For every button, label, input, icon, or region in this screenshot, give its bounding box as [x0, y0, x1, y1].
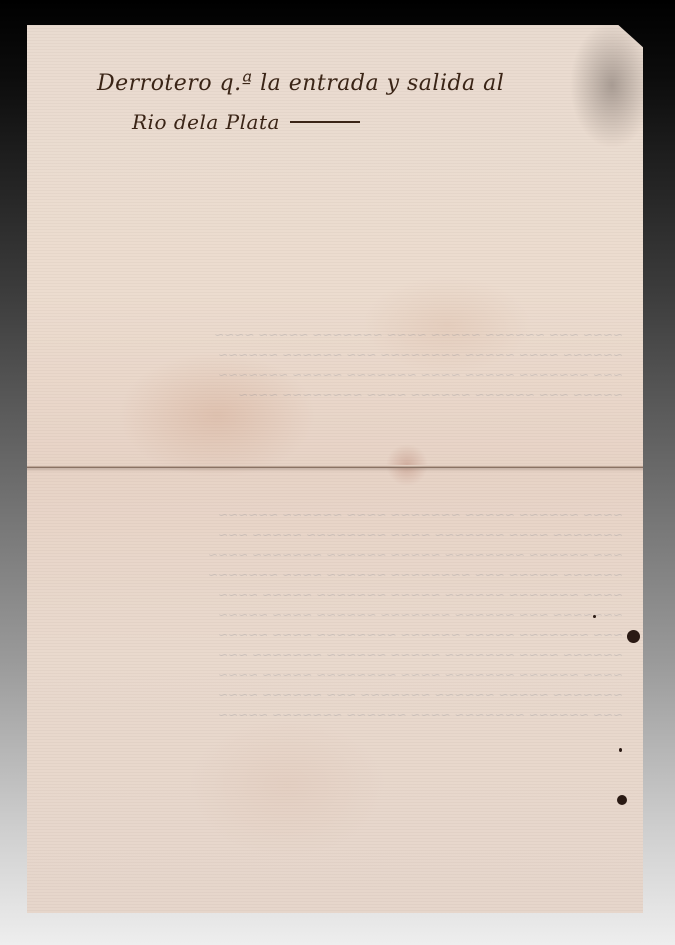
heading-line-2: Rio dela Plata	[97, 103, 597, 141]
bleed-line: ~~~~~~~ ~~~~ ~~~~~~~ ~~~~ ~~~~~~~~ ~~~~~…	[47, 525, 623, 545]
bleed-line: ~~~ ~~~~~~~ ~~~~~ ~~~~~~ ~~~~~~~~ ~~~~ ~…	[47, 625, 623, 645]
bleed-line: ~~~~ ~~~~~~ ~~~~~ ~~~~~~~ ~~~~ ~~~~~~ ~~…	[47, 505, 623, 525]
ink-spot	[593, 615, 596, 618]
paper-fold-shadow	[27, 468, 643, 472]
ink-spot	[619, 748, 622, 752]
ink-spot	[617, 795, 627, 805]
manuscript-page: Derrotero q.ª la entrada y salida al Rio…	[27, 25, 643, 913]
ink-spot	[627, 630, 640, 643]
flourish-stroke	[290, 121, 360, 123]
bleed-line: ~~~ ~~~~~~~ ~~~~~ ~~~~ ~~~~~~~ ~~~~~ ~~~…	[47, 365, 623, 385]
bleed-line: ~~~ ~~~~~~ ~~~~~~~~ ~~~~~ ~~~~~~ ~~~~~~~…	[47, 545, 623, 565]
heading-line-1: Derrotero q.ª la entrada y salida al	[97, 65, 597, 103]
heading-line-2-text: Rio dela Plata	[132, 110, 280, 134]
bleed-line: ~~~~~~ ~~~~~ ~~~ ~~~~~~~~ ~~~~~~ ~~~~ ~~…	[47, 565, 623, 585]
bleed-line: ~~~~~ ~~~ ~~~~~~ ~~~~~~ ~~~~ ~~~~~~~~ ~~…	[47, 385, 623, 405]
bleed-line: ~~~~ ~~~~~~ ~~~~~~~ ~~~~ ~~~~~~~~ ~~~~~ …	[47, 665, 623, 685]
bleed-line: ~~~~~~ ~~~~ ~~~~~ ~~~~~~~~ ~~~ ~~~~~~ ~~…	[47, 345, 623, 365]
manuscript-heading: Derrotero q.ª la entrada y salida al Rio…	[97, 65, 597, 141]
bleed-line: ~~~~ ~~~~~~~ ~~~~~~ ~~~~~ ~~~~~~~ ~~~~~ …	[47, 585, 623, 605]
bleed-line: ~~~~~~ ~~~~ ~~~~~~~ ~~~~~ ~~~~~~ ~~~~~~~…	[47, 645, 623, 665]
bleed-through-text-lower: ~~~~ ~~~~~~ ~~~~~ ~~~~~~~ ~~~~ ~~~~~~ ~~…	[47, 505, 623, 725]
bleed-line: ~~~~~~~ ~~~ ~~~~~~ ~~~~~~~ ~~~~~~ ~~~~ ~…	[47, 605, 623, 625]
bleed-through-text-upper: ~~~~ ~~~ ~~~~~~ ~~~~~ ~~~~ ~~~~~~~ ~~~~~…	[47, 325, 623, 405]
bleed-line: ~~~~ ~~~ ~~~~~~ ~~~~~ ~~~~ ~~~~~~~ ~~~~~…	[47, 325, 623, 345]
bleed-line: ~~~ ~~~~~~ ~~~~~~~ ~~~~ ~~~~~~ ~~~~~~~ ~…	[47, 705, 623, 725]
bleed-line: ~~~~~~~ ~~~~~ ~~~~~~ ~~~~~~~ ~~~ ~~~~~~ …	[47, 685, 623, 705]
